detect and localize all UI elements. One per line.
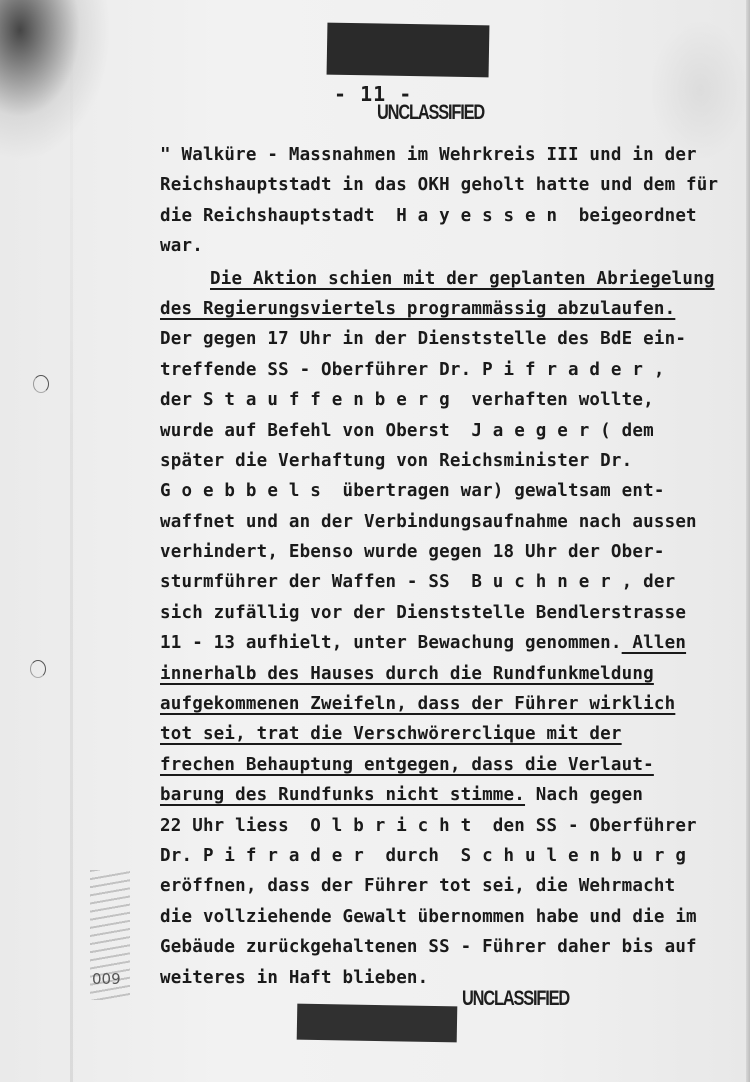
line-text: weiteres in Haft blieben. xyxy=(160,968,428,988)
line-text: wurde auf Befehl von Oberst J a e g e r … xyxy=(160,421,654,441)
punch-hole-icon xyxy=(33,375,49,393)
text-line: 22 Uhr liess O l b r i c h t den SS - Ob… xyxy=(160,811,750,841)
underlined-text: barung des Rundfunks nicht stimme. xyxy=(160,785,525,805)
punch-hole-icon xyxy=(30,660,46,678)
text-line: war. xyxy=(160,231,750,261)
text-line: frechen Behauptung entgegen, dass die Ve… xyxy=(160,750,750,780)
line-text: Der gegen 17 Uhr in der Dienststelle des… xyxy=(160,329,686,349)
line-text: war. xyxy=(160,236,203,256)
text-line: des Regierungsviertels programmässig abz… xyxy=(160,294,750,324)
fold-line xyxy=(70,0,73,1082)
line-text: treffende SS - Oberführer Dr. P i f r a … xyxy=(160,360,665,380)
text-line: innerhalb des Hauses durch die Rundfunkm… xyxy=(160,659,750,689)
line-text: Dr. P i f r a d e r durch S c h u l e n … xyxy=(160,846,686,866)
text-line: tot sei, trat die Verschwörerclique mit … xyxy=(160,719,750,749)
text-line: treffende SS - Oberführer Dr. P i f r a … xyxy=(160,355,750,385)
text-line: Dr. P i f r a d e r durch S c h u l e n … xyxy=(160,841,750,871)
text-line: wurde auf Befehl von Oberst J a e g e r … xyxy=(160,416,750,446)
text-line: Die Aktion schien mit der geplanten Abri… xyxy=(160,264,750,294)
text-line: sich zufällig vor der Dienststelle Bendl… xyxy=(160,598,750,628)
text-line: G o e b b e l s übertragen war) gewaltsa… xyxy=(160,476,750,506)
text-line: Gebäude zurückgehaltenen SS - Führer dah… xyxy=(160,932,750,962)
line-text: " Walküre - Massnahmen im Wehrkreis III … xyxy=(160,145,697,165)
body-text: " Walküre - Massnahmen im Wehrkreis III … xyxy=(160,140,750,993)
underlined-text: Allen xyxy=(622,633,686,653)
text-line: eröffnen, dass der Führer tot sei, die W… xyxy=(160,871,750,901)
text-line: 11 - 13 aufhielt, unter Bewachung genomm… xyxy=(160,628,750,658)
line-text: verhindert, Ebenso wurde gegen 18 Uhr de… xyxy=(160,542,665,562)
line-text: Gebäude zurückgehaltenen SS - Führer dah… xyxy=(160,937,697,957)
line-text: 11 - 13 aufhielt, unter Bewachung genomm… xyxy=(160,633,622,653)
underlined-text: frechen Behauptung entgegen, dass die Ve… xyxy=(160,755,654,775)
text-line: später die Verhaftung von Reichsminister… xyxy=(160,446,750,476)
text-line: waffnet und an der Verbindungsaufnahme n… xyxy=(160,507,750,537)
line-text: später die Verhaftung von Reichsminister… xyxy=(160,451,632,471)
text-line: der S t a u f f e n b e r g verhaften wo… xyxy=(160,385,750,415)
margin-number: 009 xyxy=(92,970,121,988)
text-line: die Reichshauptstadt H a y e s s e n bei… xyxy=(160,201,750,231)
underlined-text: innerhalb des Hauses durch die Rundfunkm… xyxy=(160,664,654,684)
text-line: Reichshauptstadt in das OKH geholt hatte… xyxy=(160,170,750,200)
text-line: " Walküre - Massnahmen im Wehrkreis III … xyxy=(160,140,750,170)
line-text: eröffnen, dass der Führer tot sei, die W… xyxy=(160,876,675,896)
redaction-bar-bottom xyxy=(297,1004,458,1043)
line-text: Nach gegen xyxy=(525,785,643,805)
document-page: - 11 - UNCLASSIFIED " Walküre - Massnahm… xyxy=(0,0,750,1082)
text-line: verhindert, Ebenso wurde gegen 18 Uhr de… xyxy=(160,537,750,567)
text-line: weiteres in Haft blieben. xyxy=(160,963,750,993)
text-line: Der gegen 17 Uhr in der Dienststelle des… xyxy=(160,324,750,354)
underlined-text: tot sei, trat die Verschwörerclique mit … xyxy=(160,724,622,744)
text-line: die vollziehende Gewalt übernommen habe … xyxy=(160,902,750,932)
text-line: sturmführer der Waffen - SS B u c h n e … xyxy=(160,567,750,597)
line-text: sich zufällig vor der Dienststelle Bendl… xyxy=(160,603,686,623)
text-line: aufgekommenen Zweifeln, dass der Führer … xyxy=(160,689,750,719)
line-text: die Reichshauptstadt H a y e s s e n bei… xyxy=(160,206,697,226)
line-text: Reichshauptstadt in das OKH geholt hatte… xyxy=(160,175,718,195)
text-line: barung des Rundfunks nicht stimme. Nach … xyxy=(160,780,750,810)
line-text: 22 Uhr liess O l b r i c h t den SS - Ob… xyxy=(160,816,697,836)
unclassified-stamp-top: UNCLASSIFIED xyxy=(377,101,484,125)
underlined-text: des Regierungsviertels programmässig abz… xyxy=(160,299,675,319)
underlined-text: Die Aktion schien mit der geplanten Abri… xyxy=(210,269,715,289)
line-text: G o e b b e l s übertragen war) gewaltsa… xyxy=(160,481,665,501)
line-text: waffnet und an der Verbindungsaufnahme n… xyxy=(160,512,697,532)
underlined-text: aufgekommenen Zweifeln, dass der Führer … xyxy=(160,694,675,714)
line-text: sturmführer der Waffen - SS B u c h n e … xyxy=(160,572,675,592)
line-text: der S t a u f f e n b e r g verhaften wo… xyxy=(160,390,654,410)
line-text: die vollziehende Gewalt übernommen habe … xyxy=(160,907,697,927)
redaction-bar-top xyxy=(327,23,490,78)
unclassified-stamp-bottom: UNCLASSIFIED xyxy=(462,987,569,1011)
